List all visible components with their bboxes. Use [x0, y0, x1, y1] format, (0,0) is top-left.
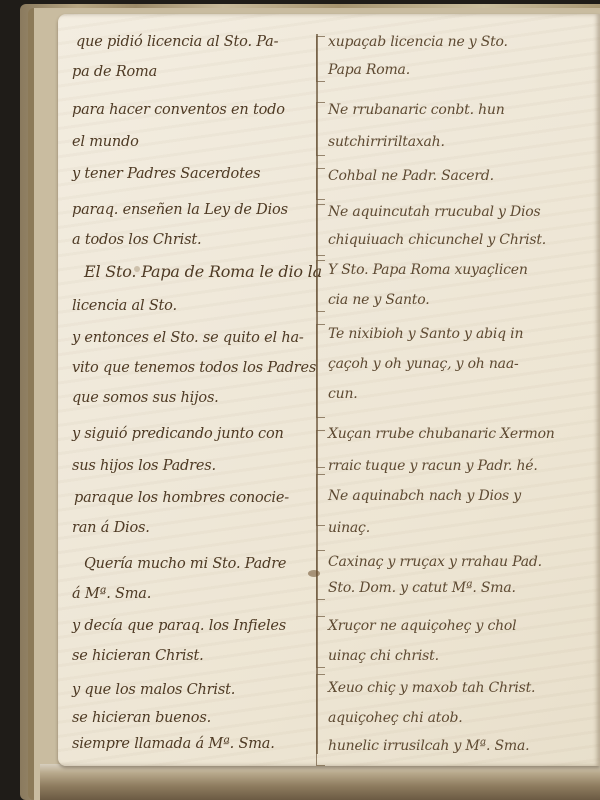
- ink-stain: [134, 266, 140, 272]
- bracket: [316, 204, 325, 256]
- text-line: y siguió predicando junto con: [72, 426, 284, 442]
- text-line: para hacer conventos en todo: [72, 102, 285, 118]
- text-line: Quería mucho mi Sto. Padre: [84, 556, 286, 572]
- bracket: [316, 36, 325, 82]
- text-line: El Sto. Papa de Roma le dio la: [84, 262, 322, 281]
- text-line: çaçoh y oh yunaç, y oh naa-: [328, 356, 519, 372]
- text-line: cun.: [328, 386, 358, 402]
- bracket: [316, 616, 325, 668]
- text-line: Xuçan rrube chubanaric Xermon: [328, 426, 555, 442]
- text-line: Ne aquinabch nach y Dios y: [328, 488, 521, 504]
- text-line: Ne aquincutah rrucubal y Dios: [328, 204, 540, 220]
- text-line: uinaç.: [328, 520, 370, 536]
- text-line: Papa Roma.: [328, 62, 410, 78]
- text-line: y decía que paraq. los Infieles: [72, 618, 286, 634]
- text-line: sus hijos los Padres.: [72, 458, 216, 474]
- text-line: siempre llamada á Mª. Sma.: [72, 736, 275, 752]
- text-line: Caxinaç y rruçax y rrahau Pad.: [328, 554, 542, 570]
- text-line: a todos los Christ.: [72, 232, 201, 248]
- text-line: sutchirririltaxah.: [328, 134, 445, 150]
- text-line: vito que tenemos todos los Padres: [72, 360, 316, 376]
- text-line: se hicieran buenos.: [72, 710, 211, 726]
- bracket: [316, 674, 325, 766]
- text-line: aquiçoheç chi atob.: [328, 710, 462, 726]
- text-line: licencia al Sto.: [72, 298, 177, 314]
- text-line: paraque los hombres conocie-: [74, 490, 289, 506]
- text-line: á Mª. Sma.: [72, 586, 151, 602]
- text-line: el mundo: [72, 134, 139, 150]
- text-line: chiquiuach chicunchel y Christ.: [328, 232, 546, 248]
- text-line: Ne rrubanaric conbt. hun: [328, 102, 505, 118]
- manuscript-page: que pidió licencia al Sto. Pa- pa de Rom…: [58, 14, 600, 766]
- text-line: se hicieran Christ.: [72, 648, 204, 664]
- bracket: [316, 474, 325, 526]
- text-line: rraic tuque y racun y Padr. hé.: [328, 458, 538, 474]
- text-line: pa de Roma: [72, 64, 157, 80]
- text-line: cia ne y Santo.: [328, 292, 429, 308]
- text-line: Xeuo chiç y maxob tah Christ.: [328, 680, 535, 696]
- text-line: xupaçab licencia ne y Sto.: [328, 34, 508, 50]
- text-line: ran á Dios.: [72, 520, 150, 536]
- page-bottom-edge: [40, 764, 600, 800]
- text-line: Sto. Dom. y catut Mª. Sma.: [328, 580, 516, 596]
- text-line: y tener Padres Sacerdotes: [72, 166, 260, 182]
- bracket: [316, 430, 325, 468]
- text-line: y que los malos Christ.: [72, 682, 235, 698]
- text-line: Y Sto. Papa Roma xuyaçlicen: [328, 262, 528, 278]
- bracket: [316, 324, 325, 418]
- text-line: Xruçor ne aquiçoheç y chol: [328, 618, 516, 634]
- text-line: Cohbal ne Padr. Sacerd.: [328, 168, 494, 184]
- bracket: [316, 102, 325, 156]
- text-line: y entonces el Sto. se quito el ha-: [72, 330, 304, 346]
- bracket: [316, 260, 325, 312]
- ink-stain: [308, 570, 320, 577]
- text-line: que pidió licencia al Sto. Pa-: [76, 34, 278, 50]
- text-line: Te nixibioh y Santo y abiq in: [328, 326, 523, 342]
- text-line: que somos sus hijos.: [72, 390, 219, 406]
- text-line: hunelic irrusilcah y Mª. Sma.: [328, 738, 529, 754]
- text-line: paraq. enseñen la Ley de Dios: [72, 202, 288, 218]
- text-line: uinaç chi christ.: [328, 648, 439, 664]
- bracket: [316, 168, 325, 200]
